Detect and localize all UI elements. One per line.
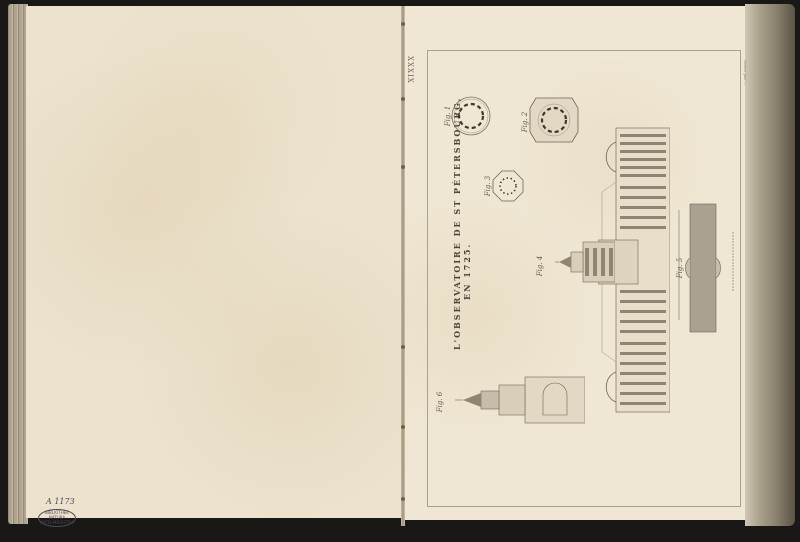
plate-subtitle: EN 1725. xyxy=(462,243,472,300)
plate-number: XXXIX xyxy=(406,56,414,84)
engraver-credit: Gravé par ... xyxy=(743,60,748,85)
left-page-edges xyxy=(8,4,28,524)
library-stamp: BIBLIOTHEK NATURA ARTIS MAGISTRA xyxy=(38,509,76,527)
figure-label: Fig. 4 xyxy=(536,256,544,276)
figure-label: Fig. 3 xyxy=(484,176,492,196)
figure-label: Fig. 1 xyxy=(444,106,452,126)
figure-tower-section xyxy=(455,375,585,425)
figure-label: Fig. 2 xyxy=(521,112,529,132)
stamp-line: ARTIS MAGISTRA xyxy=(39,520,75,525)
figure-octagonal-plan xyxy=(528,96,580,144)
handwritten-shelf-number: A 1173 xyxy=(46,497,75,506)
scale-bar xyxy=(731,232,735,292)
figure-circular-plan xyxy=(450,95,492,137)
figure-small-octagon-plan xyxy=(492,170,524,202)
figure-ground-plan xyxy=(684,200,724,336)
figure-tower xyxy=(555,236,615,288)
figure-label: Fig. 6 xyxy=(436,392,444,412)
right-page-edges xyxy=(745,4,795,526)
left-page xyxy=(26,6,403,518)
figure-label: Fig. 5 xyxy=(676,258,684,278)
